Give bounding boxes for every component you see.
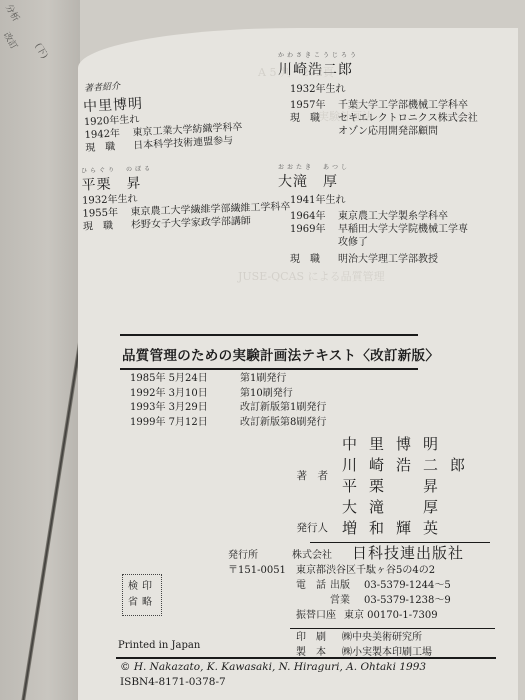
author-line: 1941年生れ (278, 194, 468, 207)
author-block-hiraguri: ひらぐり のぼる 平栗 昇 1932年生れ 1955年東京農工大学繊維学部繊維工… (81, 158, 291, 233)
author-name: 川崎浩二郎 (278, 59, 478, 79)
author-name: 大滝 厚 (342, 497, 472, 518)
author-line-key: 現 職 (83, 219, 121, 233)
edition-row: 1999年 7月12日改訂新版第8刷発行 (130, 416, 326, 431)
edition-history: 1985年 5月24日第1刷発行 1992年 3月10日第10刷発行 1993年… (130, 372, 326, 430)
edition-row: 1993年 3月29日改訂新版第1刷発行 (130, 401, 326, 416)
author-line-key: 1957年 (290, 99, 328, 112)
printer-name: ㈱中央美術研究所 (342, 630, 422, 645)
inspection-stamp-box: 検印 省略 (122, 574, 162, 616)
author-line-key: 1969年 (290, 223, 328, 236)
publisher-block: 発行所 株式会社 日科技連出版社 〒151-0051 東京都渋谷区千駄ヶ谷5の4… (228, 546, 464, 623)
author-line-value: 明治大学理工学部教授 (338, 253, 438, 266)
author-line-value: 杉野女子大学家政学部講師 (131, 215, 251, 232)
publisher-role: 発行所 (228, 548, 292, 563)
author-line-value: 東京農工大学製糸学科卒 (338, 210, 448, 223)
isbn: ISBN4-8171-0378-7 (120, 676, 226, 688)
author-block-kawasaki: かわさきこうじろう 川崎浩二郎 1932年生れ 1957年千葉大学工学部機械工学… (278, 50, 478, 138)
author-line-value: セキエレクトロニクス株式会社 (338, 112, 478, 125)
author-line-key (290, 236, 328, 249)
author-line-value: オゾン応用開発部顧問 (338, 125, 438, 138)
author-name: 川崎浩二郎 (342, 455, 472, 476)
transfer-label: 振替口座 (296, 608, 344, 623)
edition-row: 1992年 3月10日第10刷発行 (130, 387, 326, 402)
publisher-name: 日科技連出版社 (352, 546, 464, 561)
author-line-value: 攻修了 (338, 236, 368, 249)
publisher-corp: 株式会社 (292, 548, 352, 563)
author-line-key: 1964年 (290, 210, 328, 223)
author-block-nakazato: 中里博明 1920年生れ 1942年東京工業大学紡織学科卒 現 職日本科学技術連… (83, 88, 244, 155)
authors-role-label: 著 者 (278, 466, 342, 497)
author-intro-heading: 著者紹介 (84, 79, 121, 94)
printed-in-japan: Printed in Japan (118, 640, 200, 651)
author-name: 中里博明 (342, 434, 472, 455)
colophon-page: A 5 判・272頁 実験計画法 JUSE-QCAS による品質管理 著者紹介 … (78, 28, 518, 700)
author-line-key: 現 職 (290, 112, 328, 125)
phone-number: 03-5379-1244～5 (364, 578, 451, 593)
phone-number: 03-5379-1238～9 (364, 593, 451, 608)
author-line-value: 早稲田大学大学院機械工学専 (338, 223, 468, 236)
transfer-account: 東京 00170-1-7309 (344, 608, 438, 623)
bleed-text: (下) (32, 40, 51, 60)
bottom-rule (116, 657, 496, 659)
author-line-value: 千葉大学工学部機械工学科卒 (338, 99, 468, 112)
printer-rule (290, 628, 495, 629)
bleed-text: 改訂 (1, 29, 21, 51)
publisher-person-name: 増和輝英 (342, 518, 472, 539)
author-line: 1932年生れ (278, 83, 478, 96)
author-line-key: 現 職 (290, 253, 328, 266)
title-bottom-rule (120, 368, 418, 370)
author-name: 大滝 厚 (278, 171, 468, 191)
author-line-key: 現 職 (85, 140, 124, 155)
copyright: © H. Nakazato, K. Kawasaki, N. Hiraguri,… (120, 661, 426, 673)
author-name: 平栗 昇 (342, 476, 472, 497)
edition-row: 1985年 5月24日第1刷発行 (130, 372, 326, 387)
author-ruby: かわさきこうじろう (278, 50, 478, 59)
postal-code: 〒151-0051 (228, 563, 296, 578)
address: 東京都渋谷区千駄ヶ谷5の4の2 (296, 563, 435, 578)
author-ruby: おおたき あつし (278, 162, 468, 171)
book-title: 品質管理のための実験計画法テキスト〈改訂新版〉 (122, 344, 439, 364)
publisher-rule (310, 542, 490, 543)
title-top-rule (120, 334, 418, 336)
print-label: 印 刷 (296, 630, 342, 645)
authors-block: 中里博明 川崎浩二郎 著 者平栗 昇 大滝 厚 発行人増和輝英 (278, 434, 472, 539)
phone-label: 電 話 (296, 578, 330, 593)
author-line-key (290, 125, 328, 138)
printer-block: 印 刷㈱中央美術研究所 製 本㈱小実製本印刷工場 (296, 630, 432, 660)
author-block-ohtaki: おおたき あつし 大滝 厚 1941年生れ 1964年東京農工大学製糸学科卒 1… (278, 162, 468, 266)
bleed-text: 分析 (3, 1, 23, 23)
publisher-person-role: 発行人 (278, 518, 342, 539)
